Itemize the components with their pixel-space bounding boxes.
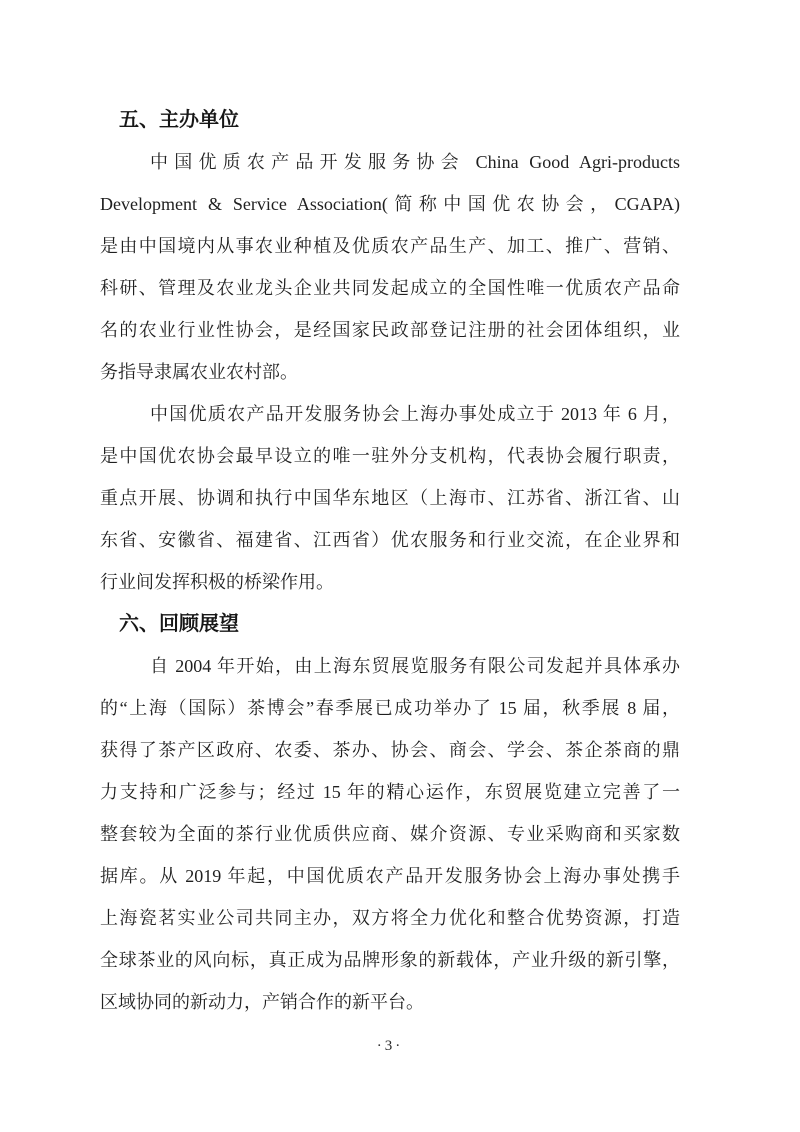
text-line: 重点开展、协调和执行中国华东地区（上海市、江苏省、浙江省、山	[100, 477, 680, 519]
text-line: 整套较为全面的茶行业优质供应商、媒介资源、专业采购商和买家数	[100, 813, 680, 855]
text-line: 上海瓷茗实业公司共同主办，双方将全力优化和整合优势资源，打造	[100, 897, 680, 939]
text-line: 是中国优农协会最早设立的唯一驻外分支机构，代表协会履行职责，	[100, 435, 680, 477]
text-line: 科研、管理及农业龙头企业共同发起成立的全国性唯一优质农产品命	[100, 267, 680, 309]
text-line: 行业间发挥积极的桥梁作用。	[100, 561, 680, 603]
text-line: 名的农业行业性协会，是经国家民政部登记注册的社会团体组织，业	[100, 309, 680, 351]
text-line: 务指导隶属农业农村部。	[100, 351, 680, 393]
text-line: 的“上海（国际）茶博会”春季展已成功举办了 15 届，秋季展 8 届，	[100, 687, 680, 729]
text-line: 全球茶业的风向标，真正成为品牌形象的新载体，产业升级的新引擎，	[100, 939, 680, 981]
page-number: ·3·	[100, 1031, 680, 1061]
document-page: 五、主办单位 中国优质农产品开发服务协会 China Good Agri-pro…	[0, 0, 800, 1132]
text-line: Development & Service Association(简称中国优农…	[100, 183, 680, 225]
text-line: 中国优质农产品开发服务协会上海办事处成立于 2013 年 6 月，	[100, 393, 680, 435]
text-line: 获得了茶产区政府、农委、茶办、协会、商会、学会、茶企茶商的鼎	[100, 729, 680, 771]
section-heading-organizer: 五、主办单位	[100, 99, 680, 141]
text-line: 自 2004 年开始，由上海东贸展览服务有限公司发起并具体承办	[100, 645, 680, 687]
text-line: 力支持和广泛参与；经过 15 年的精心运作，东贸展览建立完善了一	[100, 771, 680, 813]
section-heading-review-outlook: 六、回顾展望	[100, 603, 680, 645]
text-line: 是由中国境内从事农业种植及优质农产品生产、加工、推广、营销、	[100, 225, 680, 267]
text-line: 区域协同的新动力，产销合作的新平台。	[100, 981, 680, 1023]
text-line: 中国优质农产品开发服务协会 China Good Agri-products	[100, 141, 680, 183]
text-line: 据库。从 2019 年起，中国优质农产品开发服务协会上海办事处携手	[100, 855, 680, 897]
text-line: 东省、安徽省、福建省、江西省）优农服务和行业交流，在企业界和	[100, 519, 680, 561]
document-content: 五、主办单位 中国优质农产品开发服务协会 China Good Agri-pro…	[0, 0, 800, 1061]
